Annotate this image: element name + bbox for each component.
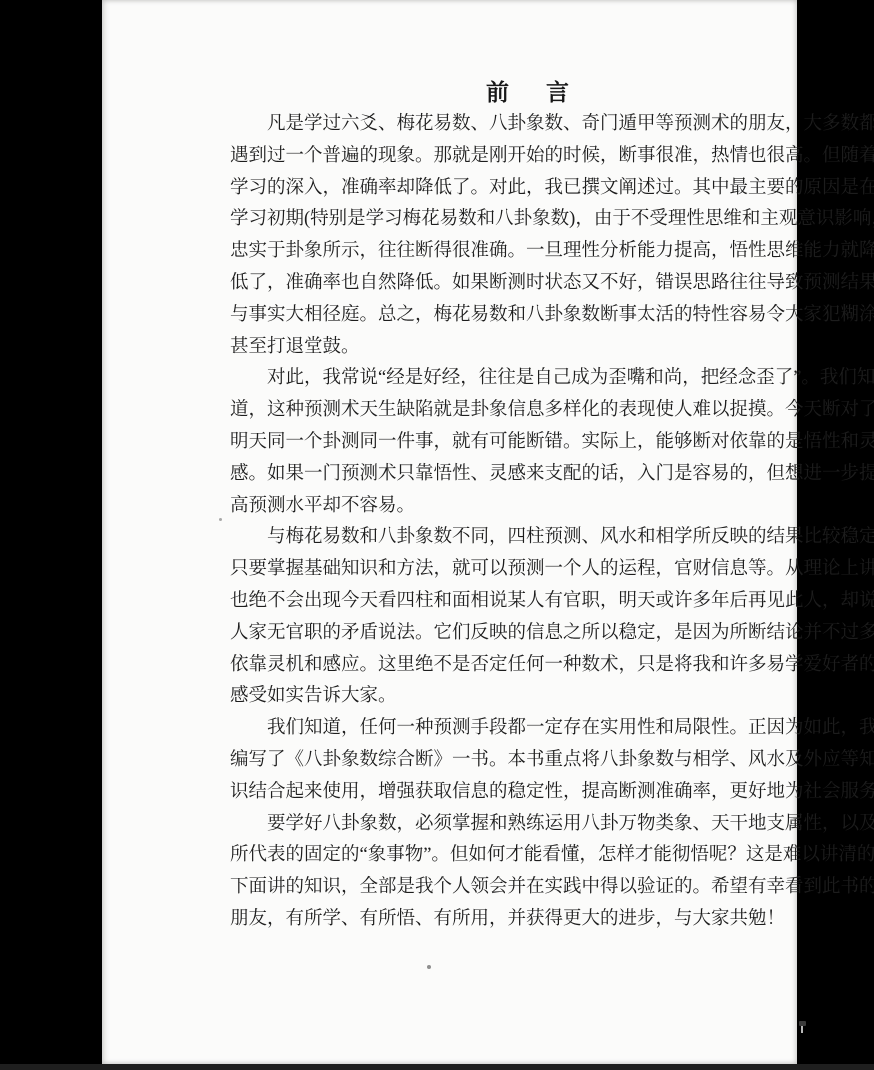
text-line: 对此，我常说“经是好经，往往是自己成为歪嘴和尚，把经念歪了”。我们知 [230, 363, 874, 395]
text-line: 编写了《八卦象数综合断》一书。本书重点将八卦象数与相学、风水及外应等知 [230, 745, 874, 777]
text-line: 凡是学过六爻、梅花易数、八卦象数、奇门遁甲等预测术的朋友，大多数都 [230, 109, 874, 141]
text-line: 识结合起来使用，增强获取信息的稳定性，提高断测准确率，更好地为社会服务。 [230, 777, 874, 809]
preface-body: 凡是学过六爻、梅花易数、八卦象数、奇门遁甲等预测术的朋友，大多数都遇到过一个普遍… [230, 109, 874, 936]
text-line: 人家无官职的矛盾说法。它们反映的信息之所以稳定，是因为所断结论并不过多 [230, 618, 874, 650]
text-line: 与梅花易数和八卦象数不同，四柱预测、风水和相学所反映的结果比较稳定。 [230, 522, 874, 554]
text-line: 低了，准确率也自然降低。如果断测时状态又不好，错误思路往往导致预测结果 [230, 268, 874, 300]
scan-bottom-edge [0, 1064, 874, 1070]
ink-speck [427, 965, 431, 969]
ink-speck [219, 518, 222, 521]
text-line: 学习的深入，准确率却降低了。对此，我已撰文阐述过。其中最主要的原因是在 [230, 173, 874, 205]
text-line: 感。如果一门预测术只靠悟性、灵感来支配的话，入门是容易的，但想进一步提 [230, 459, 874, 491]
text-line: 只要掌握基础知识和方法，就可以预测一个人的运程，官财信息等。从理论上讲， [230, 554, 874, 586]
text-line: 忠实于卦象所示，往往断得很准确。一旦理性分析能力提高，悟性思维能力就降 [230, 236, 874, 268]
page-title: 前 言 [486, 74, 576, 107]
text-line: 所代表的固定的“象事物”。但如何才能看懂，怎样才能彻悟呢？这是难以讲清的。 [230, 840, 874, 872]
text-line: 我们知道，任何一种预测手段都一定存在实用性和局限性。正因为如此，我 [230, 713, 874, 745]
text-line: 道，这种预测术天生缺陷就是卦象信息多样化的表现使人难以捉摸。今天断对了， [230, 395, 874, 427]
text-line: 甚至打退堂鼓。 [230, 332, 874, 364]
text-line: 下面讲的知识，全部是我个人领会并在实践中得以验证的。希望有幸看到此书的 [230, 872, 874, 904]
text-line: 学习初期(特别是学习梅花易数和八卦象数)，由于不受理性思维和主观意识影响， [230, 204, 874, 236]
scanned-book-page: 前 言 凡是学过六爻、梅花易数、八卦象数、奇门遁甲等预测术的朋友，大多数都遇到过… [0, 0, 874, 1070]
text-line: 与事实大相径庭。总之，梅花易数和八卦象数断事太活的特性容易令大家犯糊涂， [230, 300, 874, 332]
text-line: 遇到过一个普遍的现象。那就是刚开始的时候，断事很准，热情也很高。但随着 [230, 141, 874, 173]
text-line: 高预测水平却不容易。 [230, 491, 874, 523]
text-line: 要学好八卦象数，必须掌握和熟练运用八卦万物类象、天干地支属性，以及 [230, 809, 874, 841]
text-line: 依靠灵机和感应。这里绝不是否定任何一种数术，只是将我和许多易学爱好者的 [230, 650, 874, 682]
ink-speck [799, 1021, 806, 1026]
page-paper: 前 言 凡是学过六爻、梅花易数、八卦象数、奇门遁甲等预测术的朋友，大多数都遇到过… [102, 0, 797, 1064]
text-line: 也绝不会出现今天看四柱和面相说某人有官职，明天或许多年后再见此人，却说 [230, 586, 874, 618]
text-line: 明天同一个卦测同一件事，就有可能断错。实际上，能够断对依靠的是悟性和灵 [230, 427, 874, 459]
text-line: 朋友，有所学、有所悟、有所用，并获得更大的进步，与大家共勉！ [230, 904, 874, 936]
text-line: 感受如实告诉大家。 [230, 681, 874, 713]
